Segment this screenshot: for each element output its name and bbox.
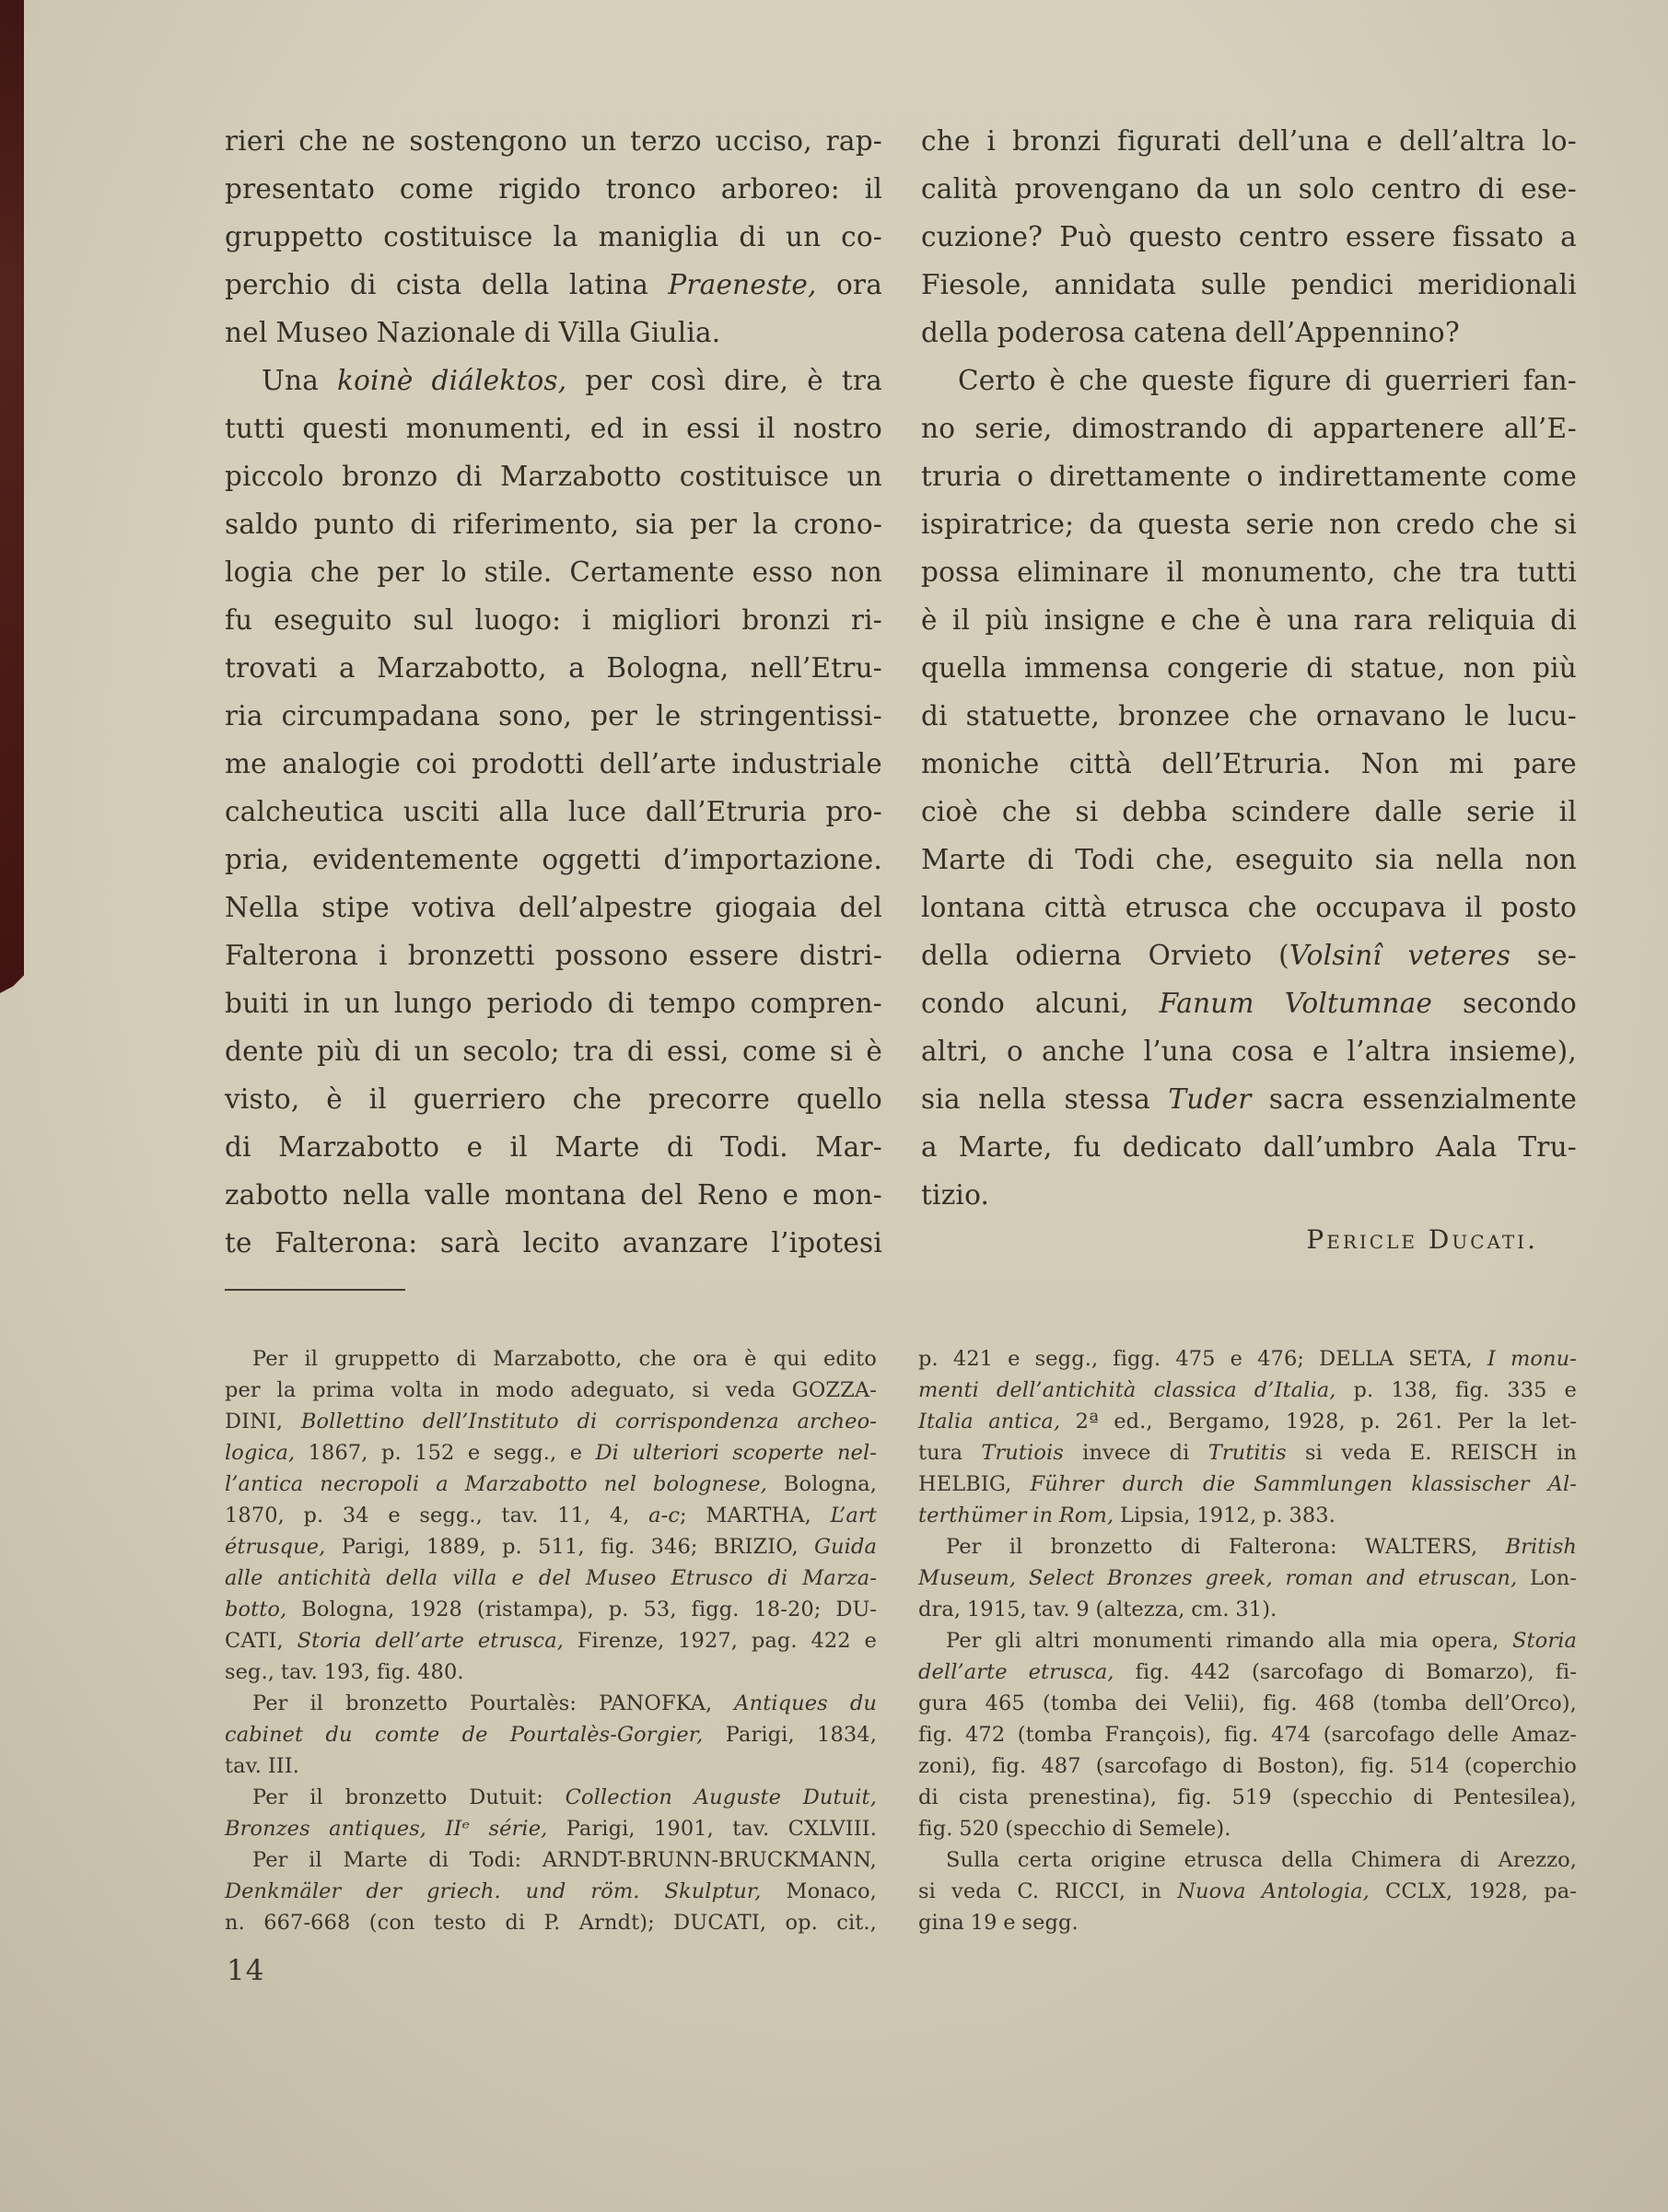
text-line: Certoèchequestefigurediguerrierifan- — [921, 357, 1577, 404]
text-line: dentepiùdiunsecolo;tradiessi,comesiè — [225, 1027, 882, 1075]
text-line: Falteronaibronzettipossonoesseredistri- — [225, 931, 882, 979]
text-line: dicistaprenestina),fig.519(specchiodiPen… — [918, 1782, 1577, 1813]
text-line: meanalogiecoiprodottidell’arteindustrial… — [225, 740, 882, 788]
text-line: quellaimmensacongeriedistatue,nonpiù — [921, 644, 1577, 692]
text-line: monichecittàdell’Etruria.Nonmipare — [921, 740, 1577, 788]
footnotes-left-column: PerilgruppettodiMarzabotto,cheoraèquiedi… — [225, 1343, 877, 1938]
text-line: Denkmälerdergriech.undröm.Skulptur,Monac… — [225, 1876, 877, 1907]
text-line: dellapoderosacatenadell’Appennino? — [921, 309, 1577, 357]
text-line: cioèchesidebbascinderedalleserieil — [921, 788, 1577, 836]
text-line: calcheuticauscitiallalucedall’Etruriapro… — [225, 788, 882, 836]
text-line: altri,oanchel’unacosael’altrainsieme), — [921, 1027, 1577, 1075]
text-line: alleantichitàdellavillaedelMuseoEtruscod… — [225, 1562, 877, 1594]
text-line: lontanacittàetruscacheoccupavailposto — [921, 884, 1577, 931]
text-line: visto,èilguerrierocheprecorrequello — [225, 1075, 882, 1123]
text-line: cabinetducomtedePourtalès-Gorgier,Parigi… — [225, 1719, 877, 1750]
text-line: botto,Bologna,1928(ristampa),p.53,figg.1… — [225, 1594, 877, 1625]
text-line: pria,evidentementeoggettid’importazione. — [225, 836, 882, 884]
text-line: p.421esegg.,figg.475e476;DELLASETA,Imonu… — [918, 1343, 1577, 1375]
text-line: dra,1915,tav.9(altezza,cm.31). — [918, 1594, 1577, 1625]
text-line: zabottonellavallemontanadelRenoemon- — [225, 1171, 882, 1219]
text-line: Italiaantica,2ªed.,Bergamo,1928,p.261.Pe… — [918, 1406, 1577, 1437]
text-line: trovatiaMarzabotto,aBologna,nell’Etru- — [225, 644, 882, 692]
text-line: Museum,SelectBronzesgreek,romanandetrusc… — [918, 1562, 1577, 1594]
text-line: PerilbronzettoPourtalès:PANOFKA,Antiques… — [225, 1688, 877, 1719]
text-line: SullacertaorigineetruscadellaChimeradiAr… — [918, 1844, 1577, 1876]
text-line: 1870,p.34esegg.,tav.11,4,a-c;MARTHA,L’ar… — [225, 1500, 877, 1531]
text-line: nelMuseoNazionalediVillaGiulia. — [225, 309, 882, 357]
footnotes-right-column: p.421esegg.,figg.475e476;DELLASETA,Imonu… — [918, 1343, 1577, 1938]
text-line: possaeliminareilmonumento,chetratutti — [921, 548, 1577, 596]
footnote-separator-rule — [225, 1289, 405, 1291]
text-line: terthümerinRom,Lipsia,1912,p.383. — [918, 1500, 1577, 1531]
text-line: fig.472(tombaFrançois),fig.474(sarcofago… — [918, 1719, 1577, 1750]
text-line: noserie,dimostrandodiappartenereall’E- — [921, 404, 1577, 452]
text-line: PerilbronzettodiFalterona:WALTERS,Britis… — [918, 1531, 1577, 1562]
text-line: piccolobronzodiMarzabottocostituisceun — [225, 452, 882, 500]
text-line: diMarzabottoeilMartediTodi.Mar- — [225, 1123, 882, 1171]
author-signature: Pericle Ducati. — [921, 1216, 1577, 1264]
text-line: fig.520(specchiodiSemele). — [918, 1813, 1577, 1844]
text-line: turaTrutioisinvecediTrutitissivedaE.REIS… — [918, 1437, 1577, 1469]
page-number: 14 — [227, 1949, 264, 1992]
text-line: tizio. — [921, 1171, 1577, 1219]
text-line: HELBIG,FührerdurchdieSammlungenklassisch… — [918, 1469, 1577, 1500]
text-line: zoni),fig.487(sarcofagodiBoston),fig.514… — [918, 1750, 1577, 1782]
text-line: teFalterona:saràlecitoavanzarel’ipotesi — [225, 1219, 882, 1267]
text-line: aMarte,fudedicatodall’umbroAalaTru- — [921, 1123, 1577, 1171]
text-line: perlaprimavoltainmodoadeguato,sivedaGOZZ… — [225, 1375, 877, 1406]
text-line: èilpiùinsigneecheèunararareliquiadi — [921, 596, 1577, 644]
text-line: cuzione?Puòquestocentroesserefissatoa — [921, 213, 1577, 261]
text-line: truriaodirettamenteoindirettamentecome — [921, 452, 1577, 500]
text-line: buitiinunlungoperiododitempocompren- — [225, 979, 882, 1027]
text-line: l’anticanecropoliaMarzabottonelbolognese… — [225, 1469, 877, 1500]
text-line: Perglialtrimonumentirimandoallamiaopera,… — [918, 1625, 1577, 1656]
binding-edge-artifact — [0, 0, 24, 993]
text-line: gura465(tombadeiVelii),fig.468(tombadell… — [918, 1688, 1577, 1719]
text-line: PerilbronzettoDutuit:CollectionAugusteDu… — [225, 1782, 877, 1813]
text-line: Fiesole,annidatasullependicimeridionali — [921, 261, 1577, 309]
text-line: logiacheperlostile.Certamenteessonon — [225, 548, 882, 596]
text-line: dell’arteetrusca,fig.442(sarcofagodiBoma… — [918, 1656, 1577, 1688]
text-line: saldopuntodiriferimento,siaperlacrono- — [225, 500, 882, 548]
book-page: { "page_info": { "page_number": "14", "a… — [0, 0, 1668, 2212]
text-line: calitàprovenganodaunsolocentrodiese- — [921, 165, 1577, 213]
text-line: PerilgruppettodiMarzabotto,cheoraèquiedi… — [225, 1343, 877, 1375]
text-line: condoalcuni,FanumVoltumnaesecondo — [921, 979, 1577, 1027]
text-line: étrusque,Parigi,1889,p.511,fig.346;BRIZI… — [225, 1531, 877, 1562]
main-text-right-column: cheibronzifiguratidell’unaedell’altralo-… — [921, 117, 1577, 1219]
text-line: MartediTodiche,eseguitosianellanon — [921, 836, 1577, 884]
text-line: logica,1867,p.152esegg.,eDiulterioriscop… — [225, 1437, 877, 1469]
text-line: distatuette,bronzeecheornavanolelucu- — [921, 692, 1577, 740]
text-line: tuttiquestimonumenti,edinessiilnostro — [225, 404, 882, 452]
text-line: sianellastessaTudersacraessenzialmente — [921, 1075, 1577, 1123]
main-text-left-column: rierichenesostengonounterzoucciso,rap-pr… — [225, 117, 882, 1267]
text-line: cheibronzifiguratidell’unaedell’altralo- — [921, 117, 1577, 165]
text-line: mentidell’antichitàclassicad’Italia,p.13… — [918, 1375, 1577, 1406]
text-line: Bronzesantiques,IIᵉsérie,Parigi,1901,tav… — [225, 1813, 877, 1844]
text-line: rierichenesostengonounterzoucciso,rap- — [225, 117, 882, 165]
text-line: n.667-668(contestodiP.Arndt);DUCATI,op.c… — [225, 1907, 877, 1938]
text-line: seg.,tav.193,fig.480. — [225, 1656, 877, 1688]
text-line: ispiratrice;daquestaserienoncredochesi — [921, 500, 1577, 548]
text-line: perchiodicistadellalatinaPraeneste,ora — [225, 261, 882, 309]
text-line: Unakoinèdiálektos,percosìdire,ètra — [225, 357, 882, 404]
text-line: PerilMartediTodi:ARNDT-BRUNN-BRUCKMANN, — [225, 1844, 877, 1876]
text-line: Nellastipevotivadell’alpestregiogaiadel — [225, 884, 882, 931]
text-line: gina19esegg. — [918, 1907, 1577, 1938]
text-line: fueseguitosulluogo:imiglioribronziri- — [225, 596, 882, 644]
text-line: presentatocomerigidotroncoarboreo:il — [225, 165, 882, 213]
text-line: riacircumpadanasono,perlestringentissi- — [225, 692, 882, 740]
text-line: gruppettocostituiscelamanigliadiunco- — [225, 213, 882, 261]
text-line: sivedaC.RICCI,inNuovaAntologia,CCLX,1928… — [918, 1876, 1577, 1907]
text-line: DINI,Bollettinodell’Institutodicorrispon… — [225, 1406, 877, 1437]
text-line: CATI,Storiadell’arteetrusca,Firenze,1927… — [225, 1625, 877, 1656]
text-line: tav.III. — [225, 1750, 877, 1782]
text-line: dellaodiernaOrvieto(Volsinîveteresse- — [921, 931, 1577, 979]
